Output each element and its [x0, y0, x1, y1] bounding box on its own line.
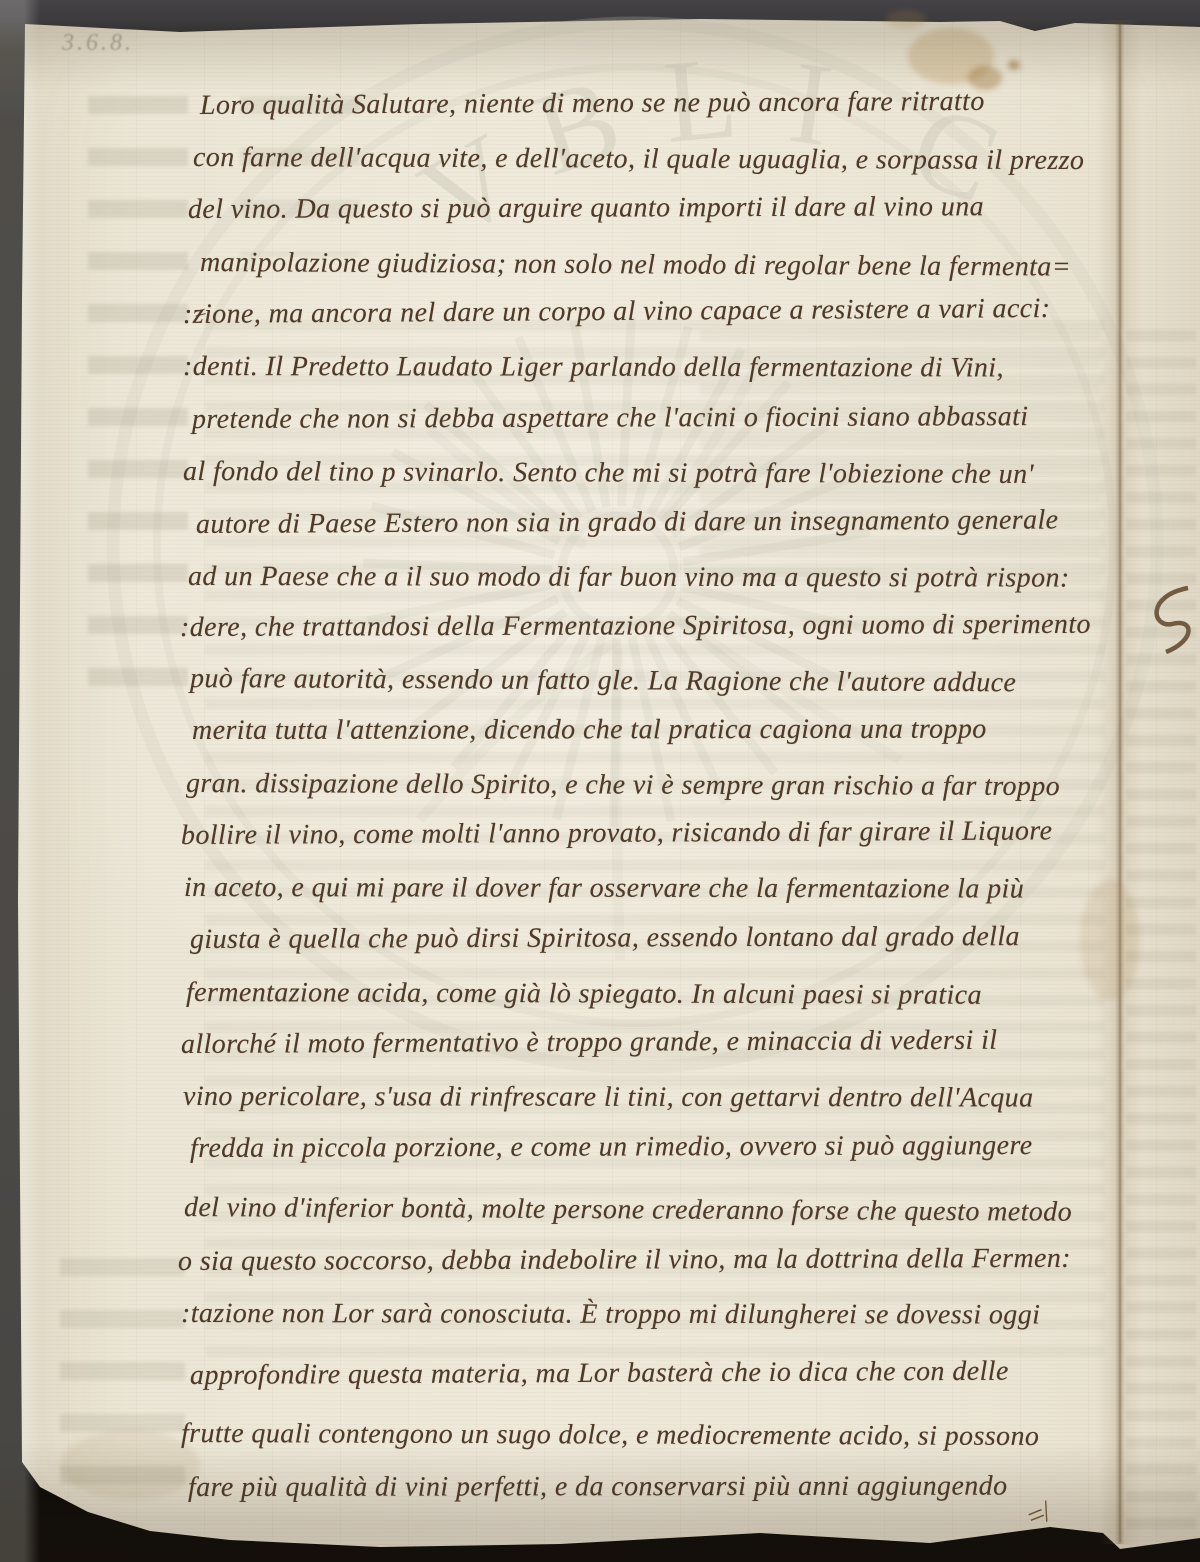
- manuscript-line: del vino. Da questo si può arguire quant…: [188, 191, 984, 226]
- manuscript-line: allorché il moto fermentativo è troppo g…: [181, 1025, 998, 1061]
- manuscript-line: pretende che non si debba aspettare che …: [192, 401, 1029, 436]
- manuscript-line: gran. dissipazione dello Spirito, e che …: [186, 768, 1060, 803]
- manuscript-line: bollire il vino, come molti l'anno prova…: [181, 815, 1053, 852]
- manuscript-line: approfondire questa materia, ma Lor bast…: [190, 1356, 1009, 1392]
- photograph-of-manuscript: VBLIC 3.6.8. = Loro qualità Salutare, ni…: [0, 0, 1200, 1562]
- manuscript-line: o sia questo soccorso, debba indebolire …: [178, 1243, 1071, 1278]
- manuscript-line: :zione, ma ancora nel dare un corpo al v…: [183, 293, 1051, 331]
- manuscript-line: :tazione non Lor sarà conosciuta. È trop…: [181, 1298, 1040, 1331]
- manuscript-line: :denti. Il Predetto Laudato Liger parlan…: [183, 351, 1004, 384]
- manuscript-line: autore di Paese Estero non sia in grado …: [196, 504, 1059, 541]
- manuscript-line: con farne dell'acqua vite, e dell'aceto,…: [193, 142, 1084, 177]
- manuscript-line: Loro qualità Salutare, niente di meno se…: [200, 86, 985, 122]
- manuscript-line: in aceto, e qui mi pare il dover far oss…: [184, 872, 1024, 905]
- manuscript-line: vino pericolare, s'usa di rinfrescare li…: [183, 1081, 1034, 1114]
- manuscript-line: ad un Paese che a il suo modo di far buo…: [188, 561, 1070, 595]
- manuscript-line: al fondo del tino p svinarlo. Sento che …: [183, 456, 1034, 491]
- manuscript-line: :dere, che trattandosi della Fermentazio…: [180, 609, 1091, 644]
- manuscript-line: fare più qualità di vini perfetti, e da …: [188, 1471, 1008, 1504]
- manuscript-line: frutte quali contengono un sugo dolce, e…: [181, 1418, 1039, 1453]
- folio-number: 3.6.8.: [62, 30, 134, 57]
- manuscript-line: fermentazione acida, come già lò spiegat…: [186, 977, 982, 1012]
- manuscript-line: del vino d'inferior bontà, molte persone…: [184, 1192, 1072, 1229]
- manuscript-line: giusta è quella che può dirsi Spiritosa,…: [190, 921, 1020, 956]
- manuscript-line: manipolazione giudiziosa; non solo nel m…: [200, 247, 1071, 284]
- manuscript-line: fredda in piccola porzione, e come un ri…: [190, 1130, 1033, 1165]
- manuscript-line: può fare autorità, essendo un fatto gle.…: [190, 663, 1016, 699]
- gutter-crease-line: [1119, 22, 1121, 1542]
- manuscript-line: merita tutta l'attenzione, dicendo che t…: [192, 714, 987, 747]
